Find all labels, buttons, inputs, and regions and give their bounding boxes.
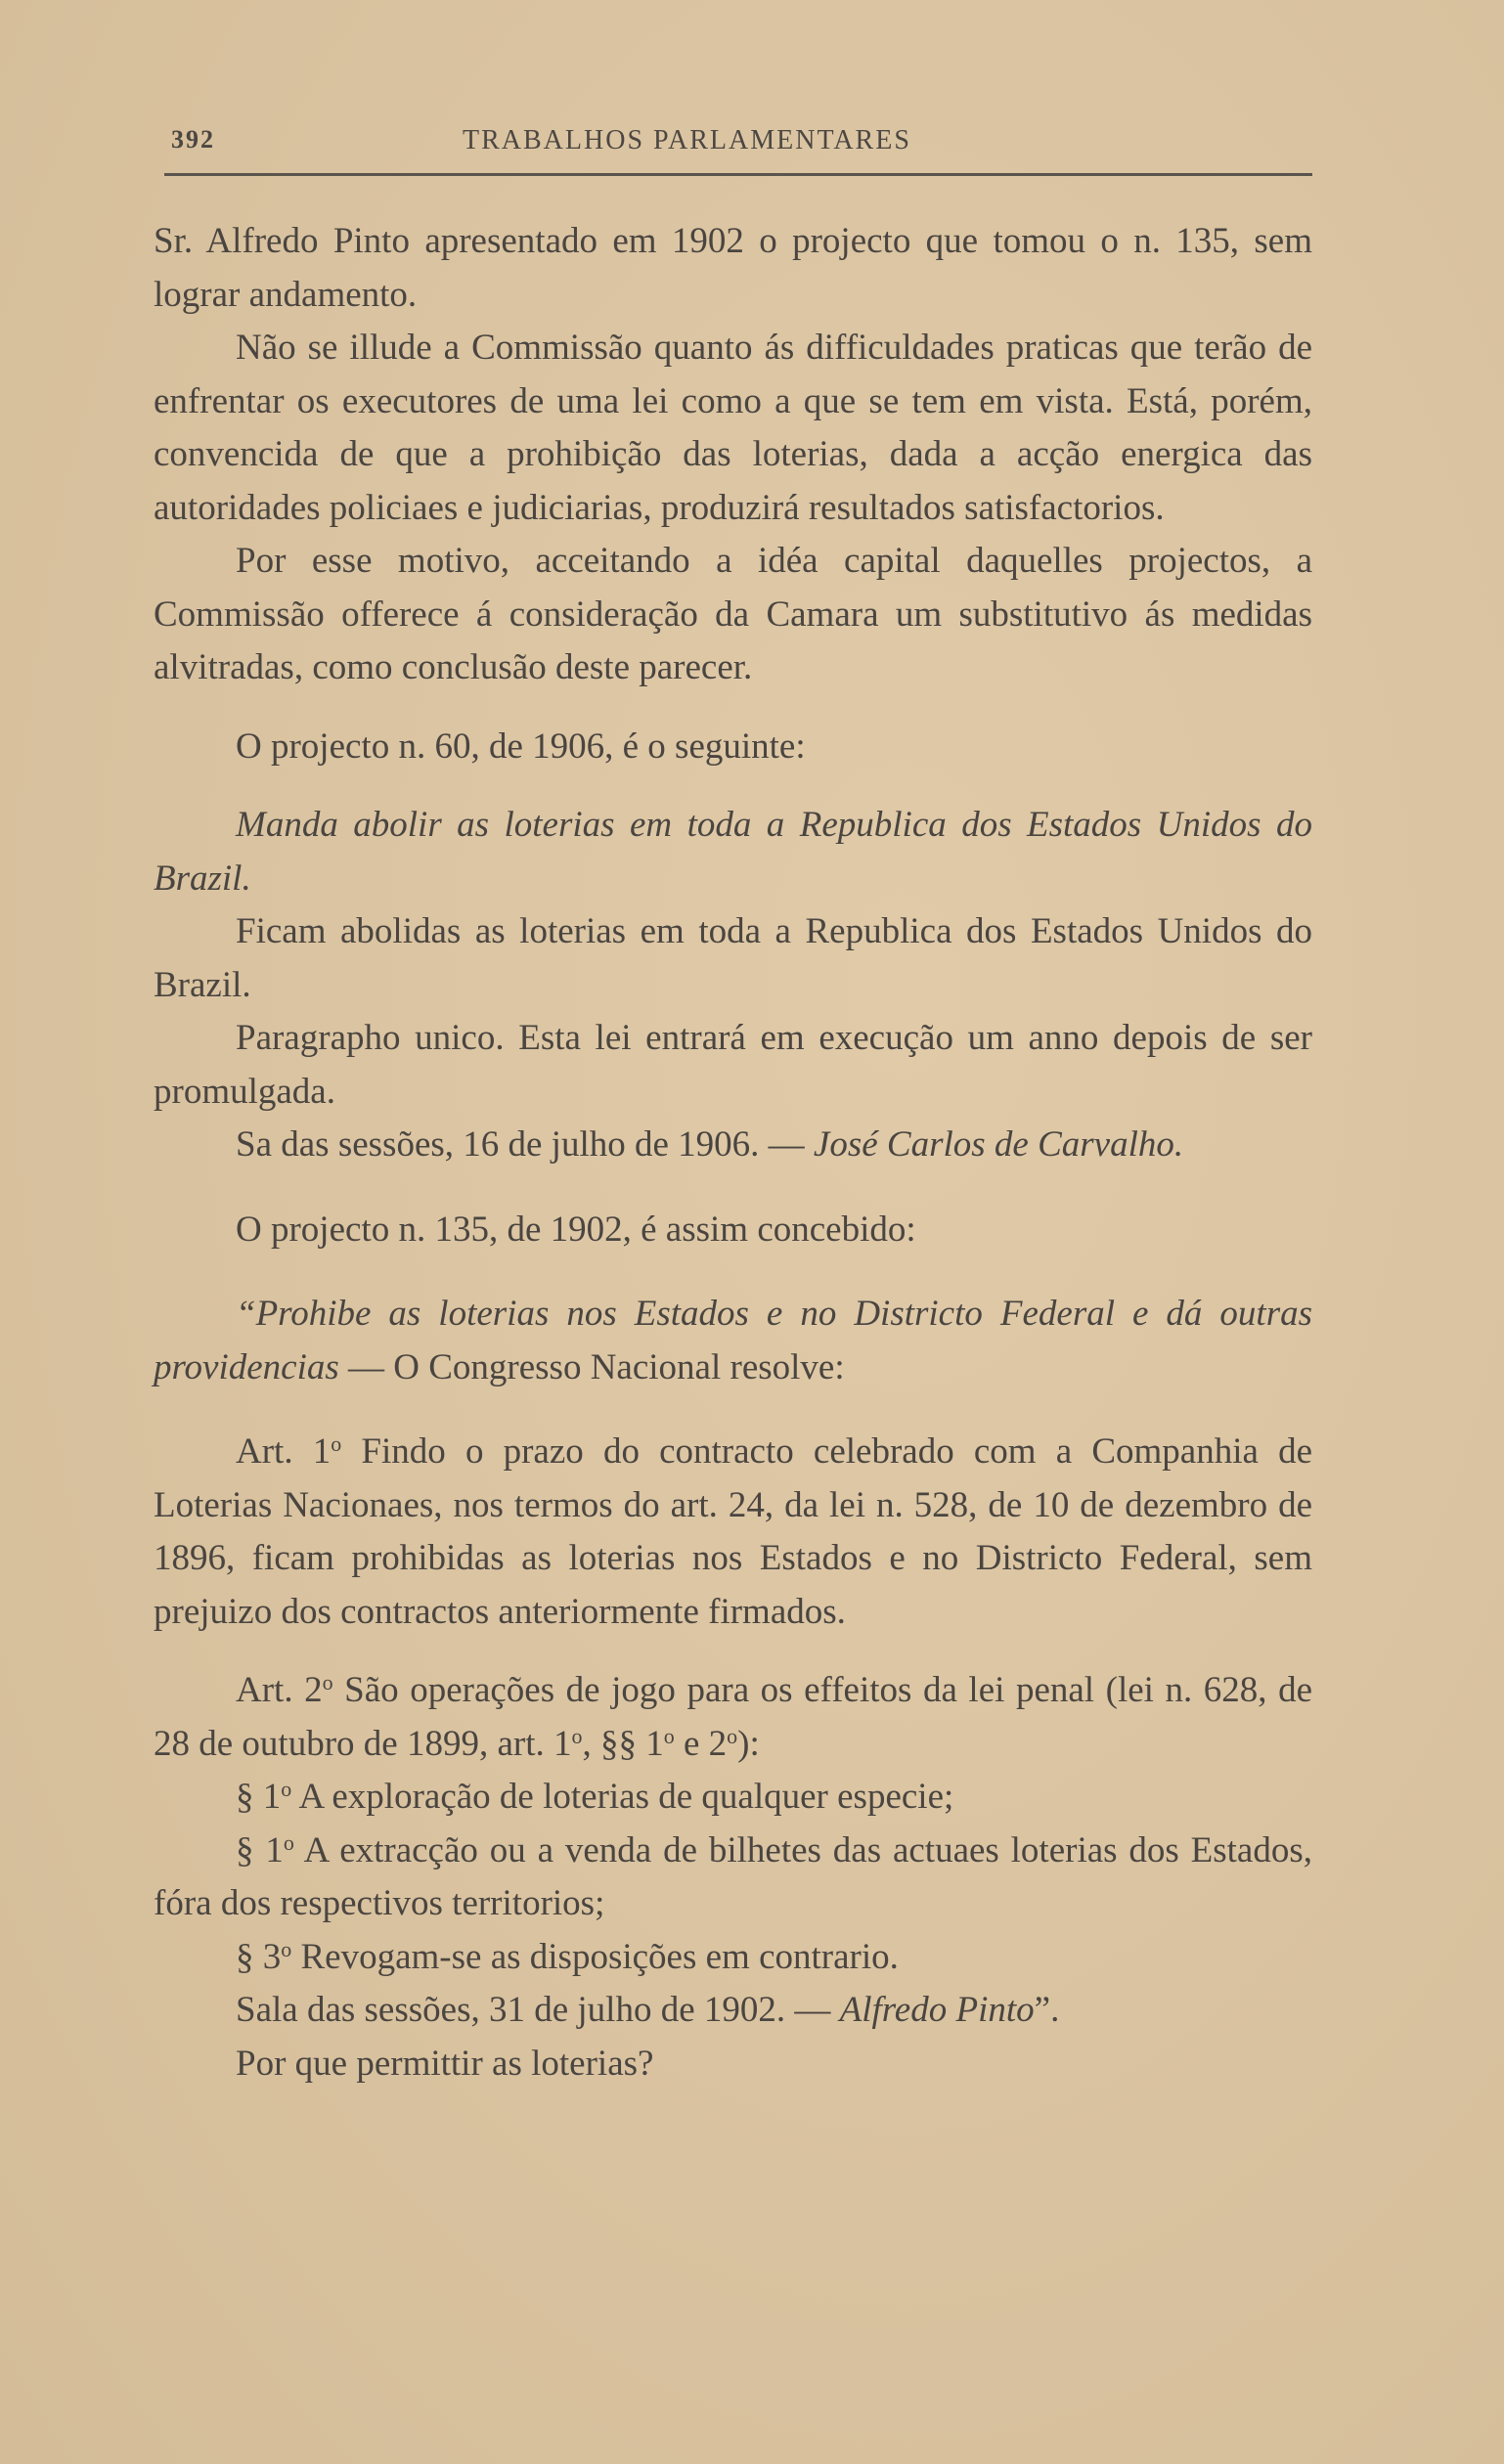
signatory-name: José Carlos de Carvalho.	[814, 1124, 1183, 1165]
running-title: TRABALHOS PARLAMENTARES	[463, 125, 911, 156]
ordinal-mark: o	[281, 1937, 291, 1961]
projecto-60-paragrapho-unico: Paragrapho unico. Esta lei entrará em ex…	[154, 1012, 1312, 1119]
section-text: Revogam-se as disposições em contrario.	[291, 1937, 899, 1977]
ementa-resolve: — O Congresso Nacional resolve:	[339, 1347, 845, 1387]
section-2: § 1o A extracção ou a venda de bilhetes …	[154, 1825, 1312, 1931]
projecto-135-signature-line: Sala das sessões, 31 de julho de 1902. —…	[154, 1984, 1312, 2038]
projecto-60-article: Ficam abolidas as loterias em toda a Rep…	[154, 905, 1312, 1012]
session-date: Sala das sessões, 31 de julho de 1902. —	[236, 1990, 840, 2030]
paragraph-projecto-60-intro: O projecto n. 60, de 1906, é o seguinte:	[154, 721, 1312, 774]
section-label: § 3	[236, 1937, 281, 1977]
section-label: § 1	[236, 1777, 281, 1817]
paragraph-substitutivo: Por esse motivo, acceitando a idéa capit…	[154, 535, 1312, 695]
ordinal-mark: o	[727, 1724, 737, 1748]
running-header: 392 TRABALHOS PARLAMENTARES	[171, 117, 1315, 156]
section-text: A exploração de loterias de qualquer esp…	[291, 1777, 953, 1817]
document-page: 392 TRABALHOS PARLAMENTARES Sr. Alfredo …	[0, 0, 1504, 2464]
article-label: Art. 1	[236, 1431, 331, 1472]
article-text: e 2	[675, 1724, 727, 1764]
ordinal-mark: o	[284, 1830, 294, 1855]
closing-quote: ”.	[1035, 1990, 1060, 2030]
section-3: § 3o Revogam-se as disposições em contra…	[154, 1931, 1312, 1985]
section-text: A extracção ou a venda de bilhetes das a…	[154, 1830, 1312, 1924]
paragraph-continuation: Sr. Alfredo Pinto apresentado em 1902 o …	[154, 215, 1312, 322]
closing-question: Por que permittir as loterias?	[154, 2038, 1312, 2091]
article-1: Art. 1o Findo o prazo do contracto celeb…	[154, 1426, 1312, 1639]
ordinal-mark: o	[571, 1724, 582, 1748]
session-date: Sa das sessões, 16 de julho de 1906. —	[236, 1124, 814, 1165]
article-2: Art. 2o São operações de jogo para os ef…	[154, 1664, 1312, 1771]
header-rule	[164, 173, 1312, 176]
paragraph-projecto-135-intro: O projecto n. 135, de 1902, é assim conc…	[154, 1204, 1312, 1257]
projecto-60-signature-line: Sa das sessões, 16 de julho de 1906. — J…	[154, 1119, 1312, 1172]
ordinal-mark: o	[281, 1777, 291, 1801]
article-text: , §§ 1	[582, 1724, 663, 1764]
section-1: § 1o A exploração de loterias de qualque…	[154, 1771, 1312, 1825]
article-label: Art. 2	[236, 1670, 323, 1710]
ordinal-mark: o	[323, 1670, 333, 1694]
ordinal-mark: o	[331, 1431, 341, 1456]
ordinal-mark: o	[664, 1724, 675, 1748]
paragraph-commission-illusion: Não se illude a Commissão quanto ás diff…	[154, 322, 1312, 535]
signatory-name: Alfredo Pinto	[840, 1990, 1035, 2030]
projecto-135-ementa: “Prohibe as loterias nos Estados e no Di…	[154, 1288, 1312, 1394]
body-text: Sr. Alfredo Pinto apresentado em 1902 o …	[154, 215, 1312, 2090]
page-number: 392	[171, 125, 215, 154]
article-text: ):	[737, 1724, 760, 1764]
projecto-60-ementa: Manda abolir as loterias em toda a Repub…	[154, 799, 1312, 905]
section-label: § 1	[236, 1830, 284, 1870]
